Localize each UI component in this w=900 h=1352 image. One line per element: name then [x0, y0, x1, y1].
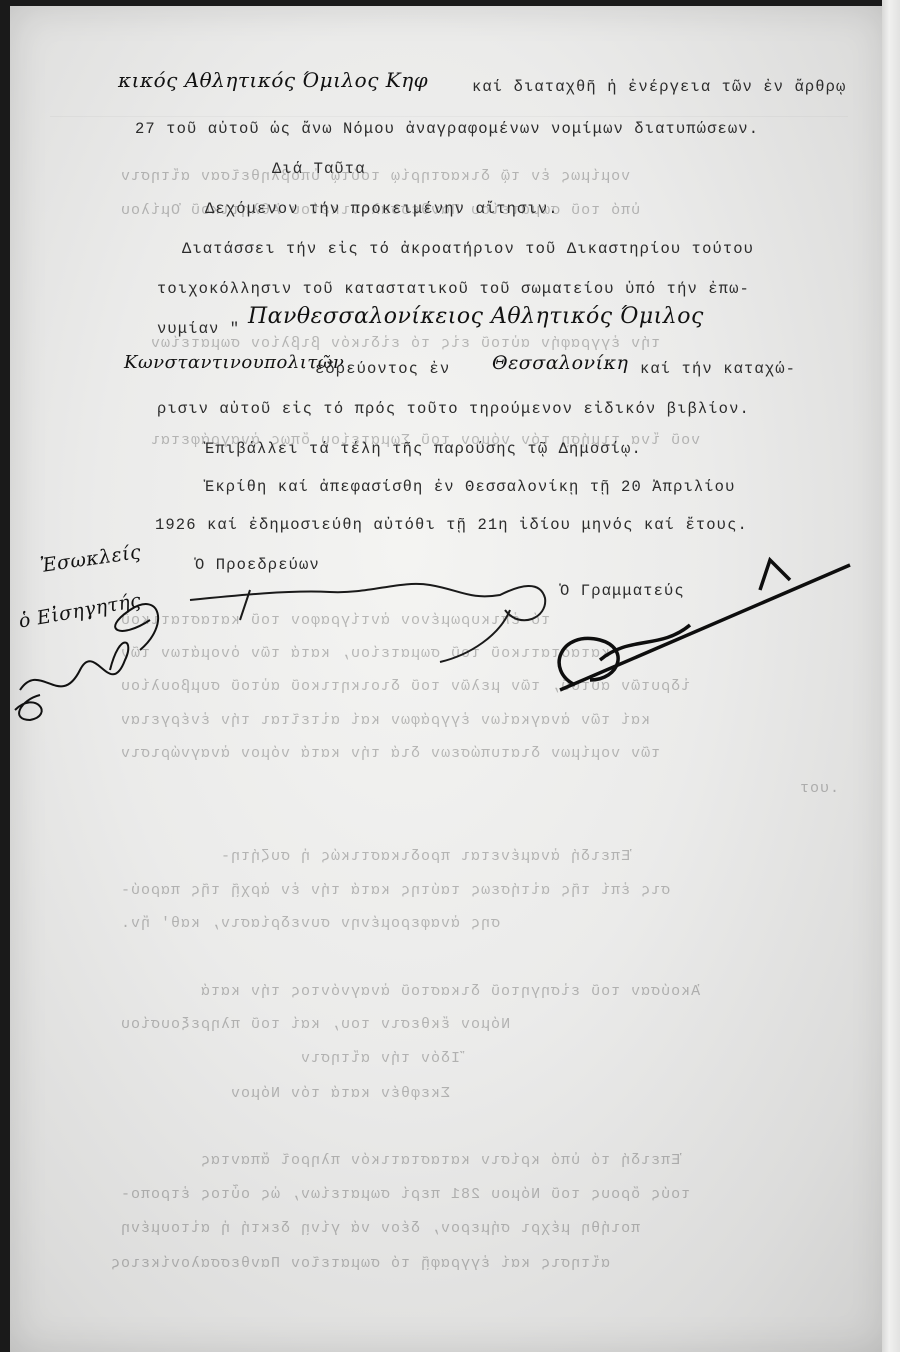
typed-line: Δεχόμενον τήν προκειμένην αἴτησιν. [205, 200, 559, 218]
typed-line: Ἐκρίθη καί ἀπεφασίσθη ἐν Θεσσαλονίκῃ τῇ … [205, 478, 735, 496]
typed-line: Διατάσσει τήν εἰς τό ἀκροατήριον τοῦ Δικ… [182, 240, 754, 258]
handwritten-club-name: Πανθεσσαλονίκειος Αθλητικός Όμιλος [248, 304, 704, 329]
margin-signature-icon [15, 604, 158, 720]
bleed-line: Νόμον ἔκθεσιν του, καί τοῦ πληρεξουσίου [120, 1016, 510, 1033]
bleed-line: Ἐπειδή τό ὑπό κρίσιν καταστατικόν πληροῖ… [200, 1152, 680, 1169]
bleed-line: Ἴδόν τήν αἴτησιν [300, 1050, 460, 1067]
typed-line: ἑδρεύοντος ἐν [315, 360, 450, 378]
handwritten-insert: κικός Αθλητικός Όμιλος Κηφ [118, 68, 428, 92]
bleed-line: νομίμως ἐν τῷ δικαστηρίῳ τούτῳ ὑποβληθεῖ… [120, 168, 630, 185]
typed-line: 1926 καί ἐδημοσιεύθη αὐτόθι τῇ 21η ἰδίου… [155, 516, 748, 534]
bleed-line: ποιήθη μέχρι σήμερον, δέον νά γίνῃ δεκτή… [120, 1220, 640, 1237]
bleed-line: του. [800, 780, 840, 797]
typed-line: ρισιν αὐτοῦ εἰς τό πρός τοῦτο τηρούμενον… [157, 400, 750, 418]
section-heading: Διά Ταῦτα [272, 160, 366, 178]
president-signature-icon [190, 584, 545, 662]
bleed-line: σης ἀναφερομένην συνεδρίασιν, καθ' ἥν. [120, 915, 500, 932]
bleed-line: Σκεφθέν κατά τόν Νόμον [230, 1085, 450, 1102]
bleed-line: τούς ὅρους τοῦ Νόμου 281 περί σωματείων,… [120, 1186, 690, 1203]
typed-line: καί τήν καταχώ- [640, 360, 796, 378]
handwritten-city: Θεσσαλονίκη [492, 352, 628, 374]
typed-line: τοιχοκόλλησιν τοῦ καταστατικοῦ τοῦ σωματ… [157, 280, 750, 298]
bleed-line: αἴτησις καί ἐγγραφῇ τό σωματεῖον Πανθεσσ… [110, 1255, 610, 1272]
bleed-line: σις ἐπί τῆς αἰτήσεως ταύτης κατά τήν ἐν … [120, 882, 670, 899]
handwritten-club-name-cont: Κωνσταντινουπολιτῶν [124, 352, 344, 373]
typed-line: καί διαταχθῆ ἡ ἐνέργεια τῶν ἐν ἄρθρῳ [472, 78, 846, 96]
typed-line: νυμίαν " [157, 320, 240, 338]
bleed-line: Ἀκούσαν τοῦ εἰσηγητοῦ δικαστοῦ ἀναγνόντο… [200, 983, 700, 1000]
typed-line: Ἐπιβάλλει τά τέλη τῆς παρούσης τῷ Δημοσί… [205, 440, 642, 458]
secretary-signature-icon [559, 560, 850, 690]
bleed-line: Ἐπειδή ἀναμένεται προδικαστικώς ἡ συζήτη… [220, 848, 630, 865]
signatures [0, 540, 900, 760]
paper-fold [50, 116, 848, 117]
typed-line: 27 τοῦ αὐτοῦ ὡς ἄνω Νόμου ἀναγραφομένων … [135, 120, 759, 138]
